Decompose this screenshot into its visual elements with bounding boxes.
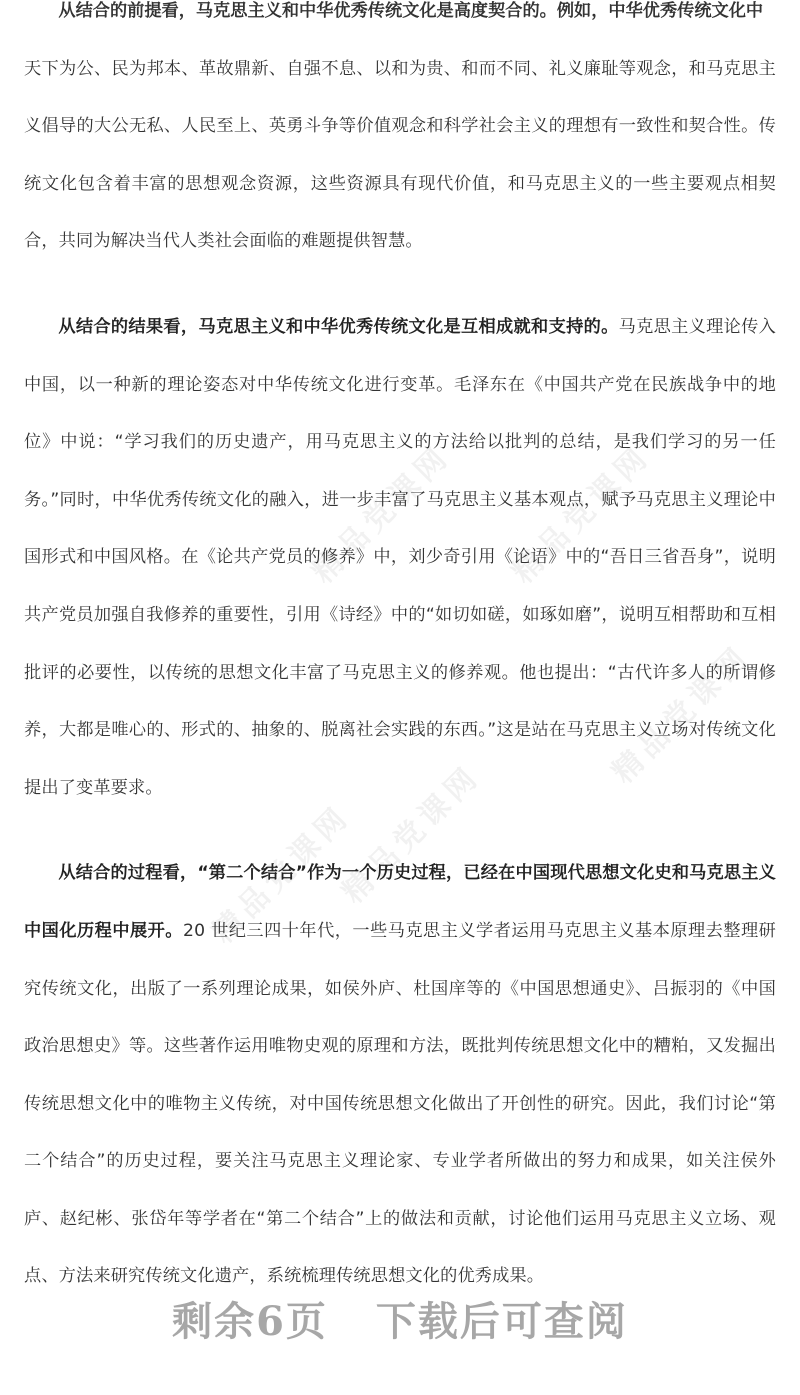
download-hint-label: 下载后可查阅: [376, 1298, 628, 1345]
paragraph-text: 马克思主义理论传入中国，以一种新的理论姿态对中华传统文化进行变革。毛泽东在《中国…: [24, 317, 776, 798]
document-body: 从结合的前提看，马克思主义和中华优秀传统文化是高度契合的。例如，中华优秀传统文化…: [24, 0, 776, 1306]
download-to-read-more-banner[interactable]: 剩余6页下载后可查阅: [0, 1290, 800, 1347]
paragraph-3: 从结合的过程看，“第二个结合”作为一个历史过程，已经在中国现代思想文化史和马克思…: [24, 845, 776, 1306]
paragraph-lead: 从结合的结果看，马克思主义和中华优秀传统文化是互相成就和支持的。: [58, 317, 618, 337]
paragraph-2: 从结合的结果看，马克思主义和中华优秀传统文化是互相成就和支持的。马克思主义理论传…: [24, 299, 776, 817]
remaining-pages-label: 剩余6页: [172, 1298, 328, 1345]
paragraph-text: 20 世纪三四十年代，一些马克思主义学者运用马克思主义基本原理去整理研究传统文化…: [24, 921, 776, 1287]
cut-off-line: 从结合的前提看，马克思主义和中华优秀传统文化是高度契合的。例如，中华优秀传统文化…: [24, 0, 776, 41]
paragraph-1: 天下为公、民为邦本、革故鼎新、自强不息、以和为贵、和而不同、礼义廉耻等观念，和马…: [24, 41, 776, 271]
paragraph-text: 天下为公、民为邦本、革故鼎新、自强不息、以和为贵、和而不同、礼义廉耻等观念，和马…: [24, 59, 776, 252]
